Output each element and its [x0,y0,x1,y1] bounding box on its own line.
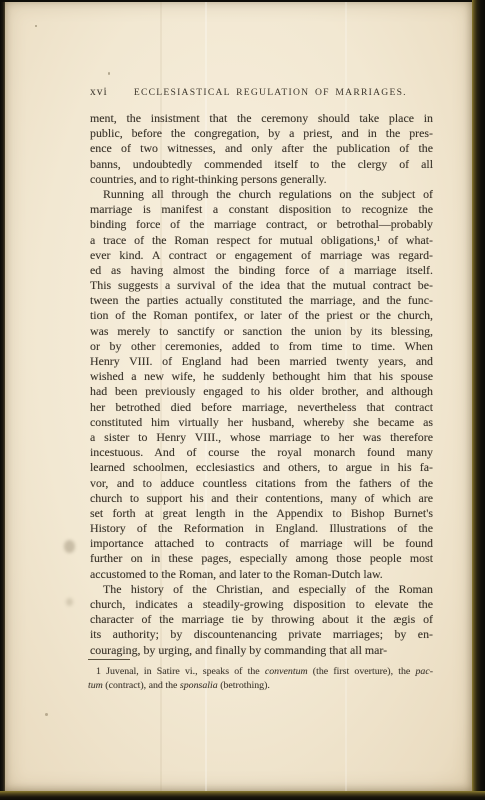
text-line: accustomed to the Roman, and later to th… [90,567,433,582]
scan-speck [35,25,37,27]
text-line: further on in these pages, especially am… [90,551,433,566]
text-line: tween the parties actually constituted t… [90,293,433,308]
footnote-italic-term: sponsalia [180,680,218,691]
page-number: xvi [90,86,108,98]
scan-border-bottom [0,791,485,800]
text-line: church, indicates a steadily-growing dis… [90,597,433,612]
running-header: xvi ECCLESIASTICAL REGULATION OF MARRIAG… [90,86,433,98]
text-line: countries, and to right-thinking persons… [90,172,433,187]
text-line: church to support his and their contenti… [90,491,433,506]
chapter-running-title: ECCLESIASTICAL REGULATION OF MARRIAGES. [108,87,433,98]
text-line: its authority; by discountenancing priva… [90,627,433,642]
text-line: ed as having almost the binding force of… [90,263,433,278]
paragraph: The history of the Christian, and especi… [90,582,433,658]
body-text: ment, the insistment that the ceremony s… [90,111,433,658]
text-line: importance attached to contracts of marr… [90,536,433,551]
text-line: ence of two witnesses, and only after th… [90,141,433,156]
text-line: a trace of the Roman respect for mutual … [90,233,433,248]
text-line: Running all through the church regulatio… [90,187,433,202]
text-line: Henry VIII. of England had been married … [90,354,433,369]
footnote-line: tum (contract), and the sponsalia (betro… [88,679,433,693]
text-line: public, before the congregation, by a pr… [90,126,433,141]
text-line: This suggests a survival of the idea tha… [90,278,433,293]
text-line: tion of the Roman pontifex, or later of … [90,308,433,323]
text-line: was merely to sanctify or sanction the u… [90,324,433,339]
scan-border-top [0,0,485,2]
footnote-text: (betrothing). [218,680,270,691]
scan-smudge [64,540,75,553]
footnote-text: 1 Juvenal, in Satire vi., speaks of the [96,666,265,677]
scan-border-left [0,0,5,800]
text-line: incestuous. And of course the royal mona… [90,445,433,460]
text-line: History of the Reformation in England. I… [90,521,433,536]
footnote-line: 1 Juvenal, in Satire vi., speaks of the … [88,665,433,679]
paragraph: Running all through the church regulatio… [90,187,433,582]
footnote-italic-term: pac- [415,666,433,677]
text-line: set forth at great length in the Appendi… [90,506,433,521]
text-line: wished a new wife, he suddenly bethought… [90,369,433,384]
text-line: The history of the Christian, and especi… [90,582,433,597]
footnote-text: (the first overture), the [308,666,416,677]
text-line: marriage is manifest a constant disposit… [90,202,433,217]
scan-border-right [472,0,485,800]
text-line: had been previously engaged to his older… [90,384,433,399]
scan-speck [45,713,48,716]
text-line: couraging, by urging, and finally by com… [90,643,433,658]
scan-speck [108,72,110,75]
text-line: vor, and to adduce countless citations f… [90,476,433,491]
text-line: learned schoolmen, ecclesiastics and oth… [90,460,433,475]
footnote-rule [88,659,130,660]
text-line: ever kind. A contract or engagement of m… [90,248,433,263]
text-line: constituted him virtually her husband, w… [90,415,433,430]
text-line: binding force of the marriage contract, … [90,217,433,232]
text-line: or by other ceremonies, added to from ti… [90,339,433,354]
footnote-italic-term: conventum [265,666,308,677]
text-line: a sister to Henry VIII., whose marriage … [90,430,433,445]
footnote-italic-term: tum [88,680,103,691]
paragraph: ment, the insistment that the ceremony s… [90,111,433,187]
footnote-text: (contract), and the [103,680,180,691]
scanned-book-page: xvi ECCLESIASTICAL REGULATION OF MARRIAG… [0,0,485,800]
scan-smudge [66,598,73,606]
text-line: banns, undoubtedly commended itself to t… [90,157,433,172]
footnote: 1 Juvenal, in Satire vi., speaks of the … [88,665,433,693]
text-line: her betrothed died before marriage, neve… [90,400,433,415]
text-line: ment, the insistment that the ceremony s… [90,111,433,126]
text-line: character of the marriage tie by throwin… [90,612,433,627]
